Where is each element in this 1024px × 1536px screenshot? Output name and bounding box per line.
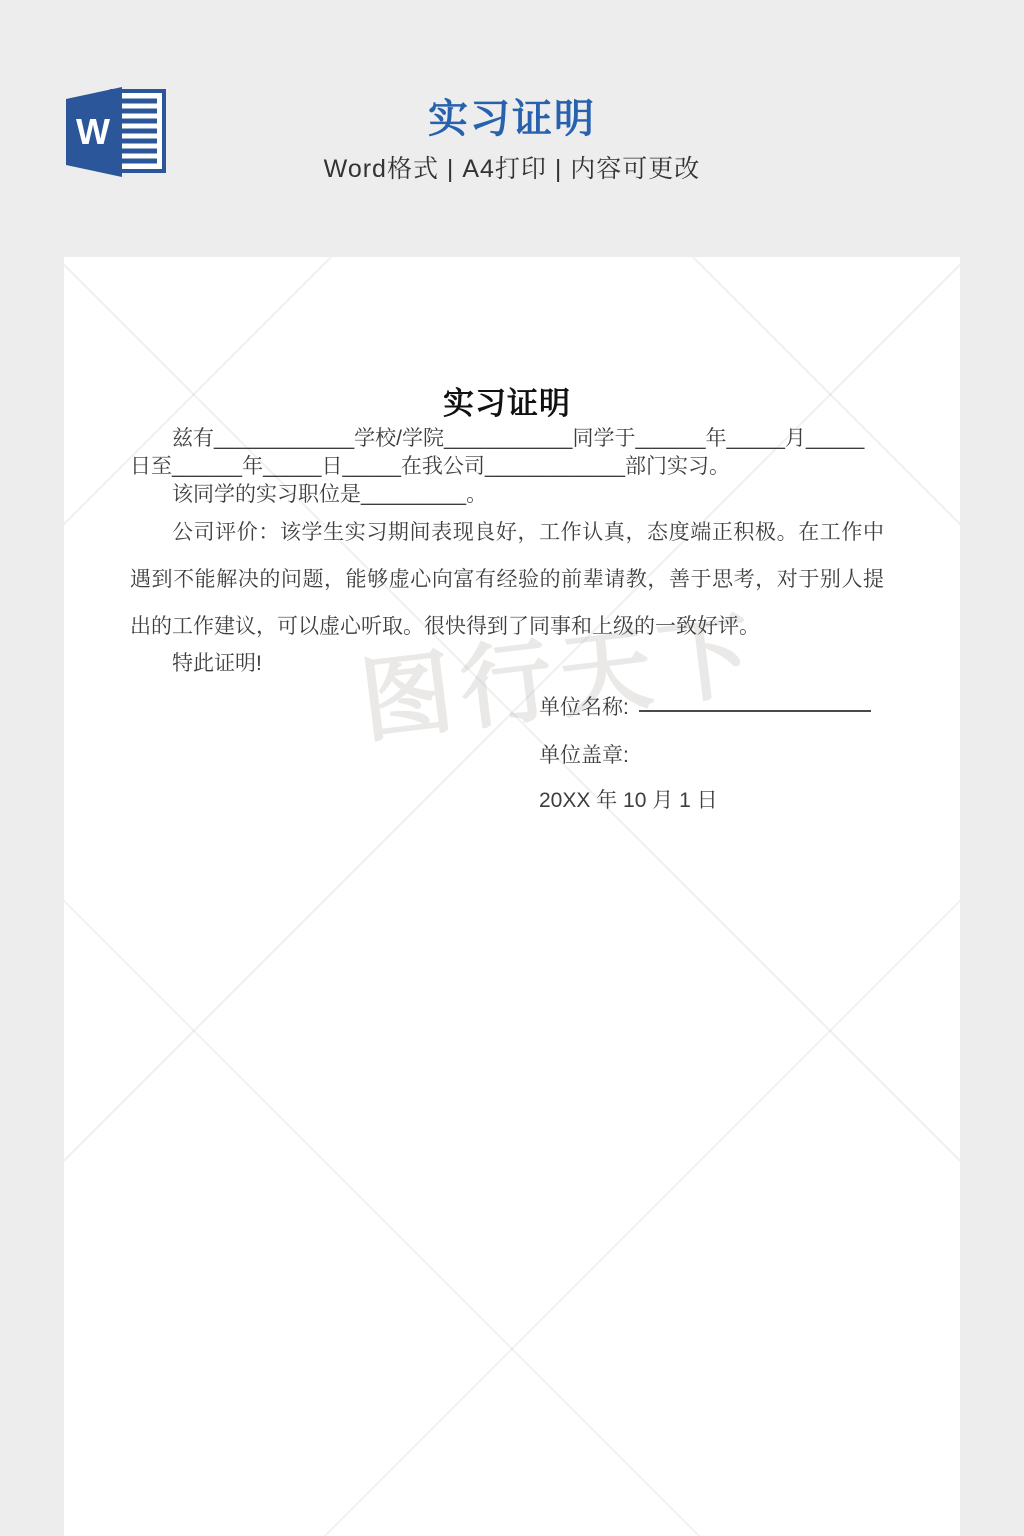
header-title: 实习证明 [0,96,1024,142]
header-subtitle: Word格式 | A4打印 | 内容可更改 [0,154,1024,184]
document-page: 图行天下 实习证明 兹有____________学校/学院___________… [64,257,960,1536]
template-preview-canvas: W 实习证明 Word格式 | A4打印 | 内容可更改 图行天下 实习证明 兹… [0,0,1024,1536]
company-name-label: 单位名称: [539,696,629,719]
signature-date: 20XX 年 10 月 1 日 [539,787,884,815]
paragraph-intro-line2: 日至______年_____日_____在我公司____________部门实习… [130,453,884,481]
paragraph-position: 该同学的实习职位是_________。 [130,481,884,509]
document-content: 实习证明 兹有____________学校/学院___________同学于__… [64,257,960,815]
company-seal-label: 单位盖章: [539,742,884,770]
company-name-blank [639,709,871,712]
header-text: 实习证明 Word格式 | A4打印 | 内容可更改 [0,0,1024,184]
paragraph-intro-line1: 兹有____________学校/学院___________同学于______年… [130,425,884,453]
document-title: 实习证明 [130,383,884,425]
signature-block: 单位名称: 单位盖章: 20XX 年 10 月 1 日 [539,694,884,815]
closing-statement: 特此证明! [130,650,884,678]
preview-header: W 实习证明 Word格式 | A4打印 | 内容可更改 [0,0,1024,230]
paragraph-evaluation: 公司评价：该学生实习期间表现良好，工作认真，态度端正积极。在工作中遇到不能解决的… [130,509,884,650]
company-name-row: 单位名称: [539,694,884,722]
